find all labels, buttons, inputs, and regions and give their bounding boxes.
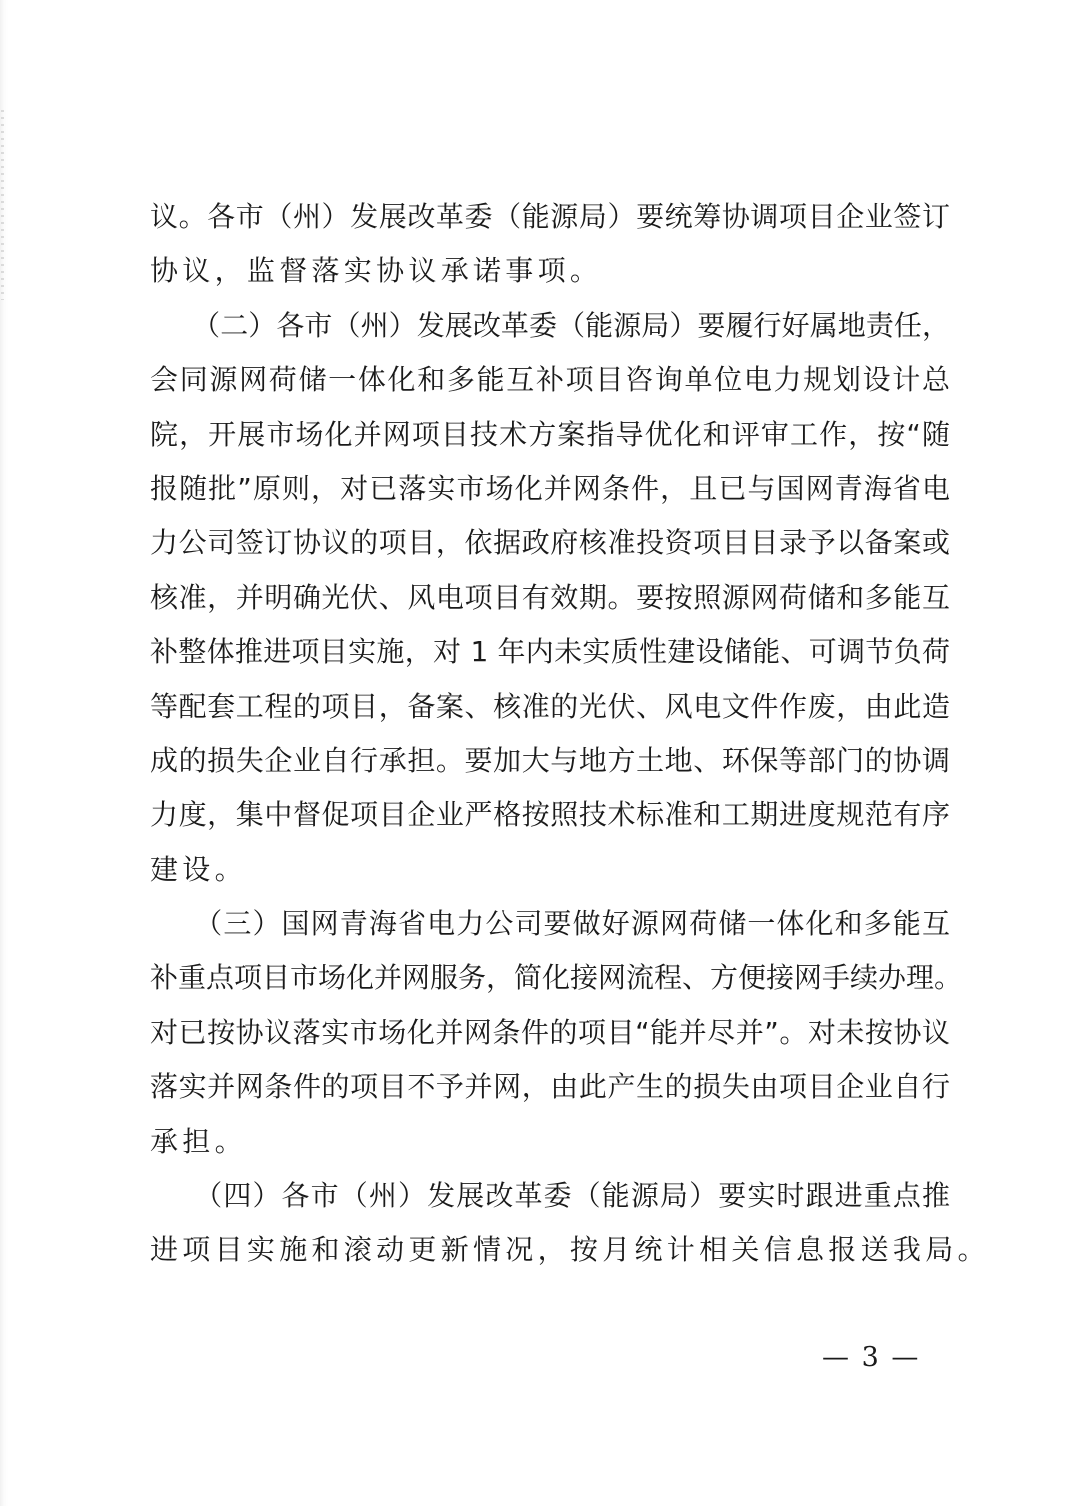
- text-line-15: 补重点项目市场化并网服务，简化接网流程、方便接网手续办理。: [150, 951, 950, 1005]
- text-line-8: 核准，并明确光伏、风电项目有效期。要按照源网荷储和多能互: [150, 571, 950, 625]
- text-line-20: 进项目实施和滚动更新情况，按月统计相关信息报送我局。: [150, 1223, 950, 1277]
- text-line-11: 成的损失企业自行承担。要加大与地方土地、环保等部门的协调: [150, 734, 950, 788]
- text-line-4: 会同源网荷储一体化和多能互补项目咨询单位电力规划设计总: [150, 353, 950, 407]
- text-line-5: 院，开展市场化并网项目技术方案指导优化和评审工作，按“随: [150, 408, 950, 462]
- section-4-heading-line: （四）各市（州）发展改革委（能源局）要实时跟进重点推: [150, 1169, 950, 1223]
- text-line-9: 补整体推进项目实施，对 1 年内未实质性建设储能、可调节负荷: [150, 625, 950, 679]
- text-line-2: 协议，监督落实协议承诺事项。: [150, 244, 950, 298]
- text-line-6: 报随批”原则，对已落实市场化并网条件，且已与国网青海省电: [150, 462, 950, 516]
- text-line-7: 力公司签订协议的项目，依据政府核准投资项目目录予以备案或: [150, 516, 950, 570]
- text-line-1: 议。各市（州）发展改革委（能源局）要统筹协调项目企业签订: [150, 190, 950, 244]
- text-line-17: 落实并网条件的项目不予并网，由此产生的损失由项目企业自行: [150, 1060, 950, 1114]
- page-number: — 3 —: [822, 1342, 920, 1373]
- text-line-16: 对已按协议落实市场化并网条件的项目“能并尽并”。对未按协议: [150, 1006, 950, 1060]
- text-line-18: 承担。: [150, 1115, 950, 1169]
- section-2-heading-line: （二）各市（州）发展改革委（能源局）要履行好属地责任，: [150, 299, 950, 353]
- document-body: 议。各市（州）发展改革委（能源局）要统筹协调项目企业签订 协议，监督落实协议承诺…: [150, 190, 950, 1278]
- section-3-heading-line: （三）国网青海省电力公司要做好源网荷储一体化和多能互: [150, 897, 950, 951]
- document-page: 议。各市（州）发展改革委（能源局）要统筹协调项目企业签订 协议，监督落实协议承诺…: [0, 0, 1080, 1506]
- text-line-13: 建设。: [150, 843, 950, 897]
- text-line-12: 力度，集中督促项目企业严格按照技术标准和工期进度规范有序: [150, 788, 950, 842]
- text-line-10: 等配套工程的项目，备案、核准的光伏、风电文件作废，由此造: [150, 680, 950, 734]
